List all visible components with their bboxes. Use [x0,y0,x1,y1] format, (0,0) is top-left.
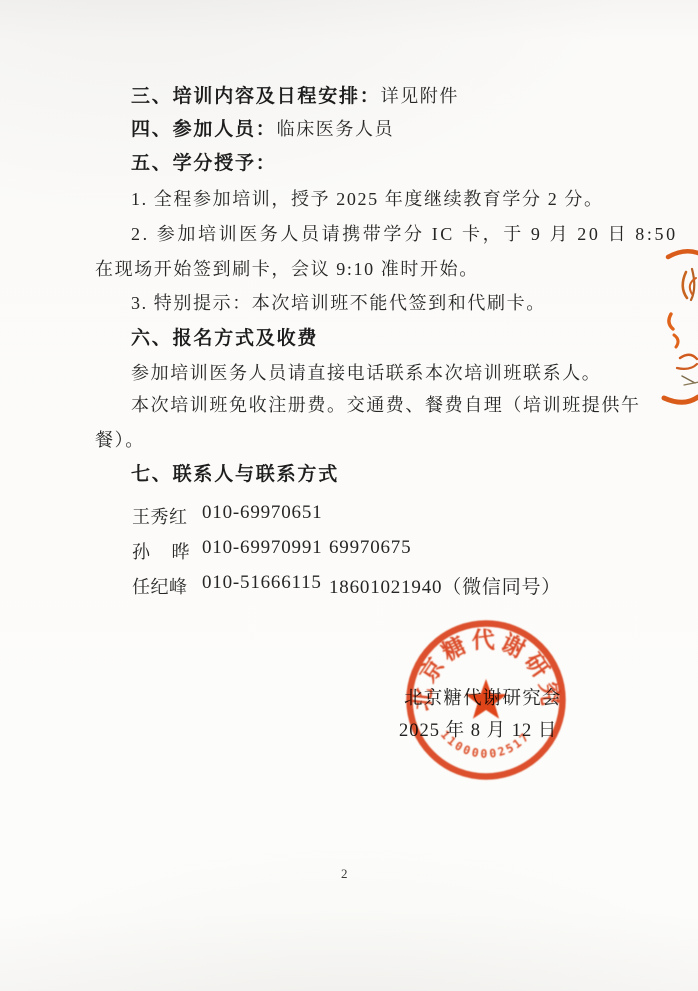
heading-label: 三、培训内容及日程安排： [131,86,381,107]
heading-section-5: 五、学分授予： [131,152,277,175]
handwriting-marks [638,238,698,410]
heading-label: 四、参加人员： [131,119,277,140]
body-line: 本次培训班免收注册费。交通费、餐费自理（培训班提供午 [131,394,641,416]
body-text: 3. 特别提示：本次培训班不能代签到和代刷卡。 [131,293,546,313]
body-text: 餐）。 [95,430,145,450]
body-line: 2. 参加培训医务人员请携带学分 IC 卡，于 9 月 20 日 8:50 [131,223,678,245]
body-text: 在现场开始签到刷卡，会议 9:10 准时开始。 [95,259,479,279]
body-line: 1. 全程参加培训，授予 2025 年度继续教育学分 2 分。 [131,188,604,210]
page-number: 2 [341,866,348,882]
body-text: 参加培训医务人员请直接电话联系本次培训班联系人。 [131,363,601,383]
heading-value: 详见附件 [381,86,459,106]
heading-section-6: 六、报名方式及收费 [131,327,318,350]
heading-label: 七、联系人与联系方式 [131,464,339,485]
body-text: 1. 全程参加培训，授予 2025 年度继续教育学分 2 分。 [131,189,604,209]
contact-phone: 010-69970991 [202,537,322,559]
body-text: 本次培训班免收注册费。交通费、餐费自理（培训班提供午 [131,395,641,415]
heading-value: 临床医务人员 [277,119,395,139]
body-line: 在现场开始签到刷卡，会议 9:10 准时开始。 [95,258,479,280]
contact-phone-alt: 69970675 [329,537,411,559]
signature-organization: 北京糖代谢研究会 [404,684,562,710]
contact-name: 王秀红 [132,503,190,529]
contact-name: 任纪峰 [132,573,190,599]
contact-name: 孙晔 [132,538,190,564]
body-text: 2. 参加培训医务人员请携带学分 IC 卡，于 9 月 20 日 8:50 [131,224,678,244]
contact-phone-alt: 18601021940（微信同号） [329,572,561,599]
heading-label: 六、报名方式及收费 [131,328,318,349]
heading-section-7: 七、联系人与联系方式 [131,463,339,486]
heading-label: 五、学分授予： [131,153,277,174]
heading-section-3: 三、培训内容及日程安排：详见附件 [131,85,459,108]
body-line: 餐）。 [95,429,145,451]
body-line: 3. 特别提示：本次培训班不能代签到和代刷卡。 [131,292,546,314]
contact-phone: 010-69970651 [202,502,322,524]
body-line: 参加培训医务人员请直接电话联系本次培训班联系人。 [131,362,601,384]
heading-section-4: 四、参加人员：临床医务人员 [131,118,394,141]
contact-phone: 010-51666115 [202,572,322,594]
document-page: 三、培训内容及日程安排：详见附件 四、参加人员：临床医务人员 五、学分授予： 1… [0,0,698,991]
handwriting-strokes-icon [638,238,698,410]
signature-date: 2025 年 8 月 12 日 [399,716,557,742]
